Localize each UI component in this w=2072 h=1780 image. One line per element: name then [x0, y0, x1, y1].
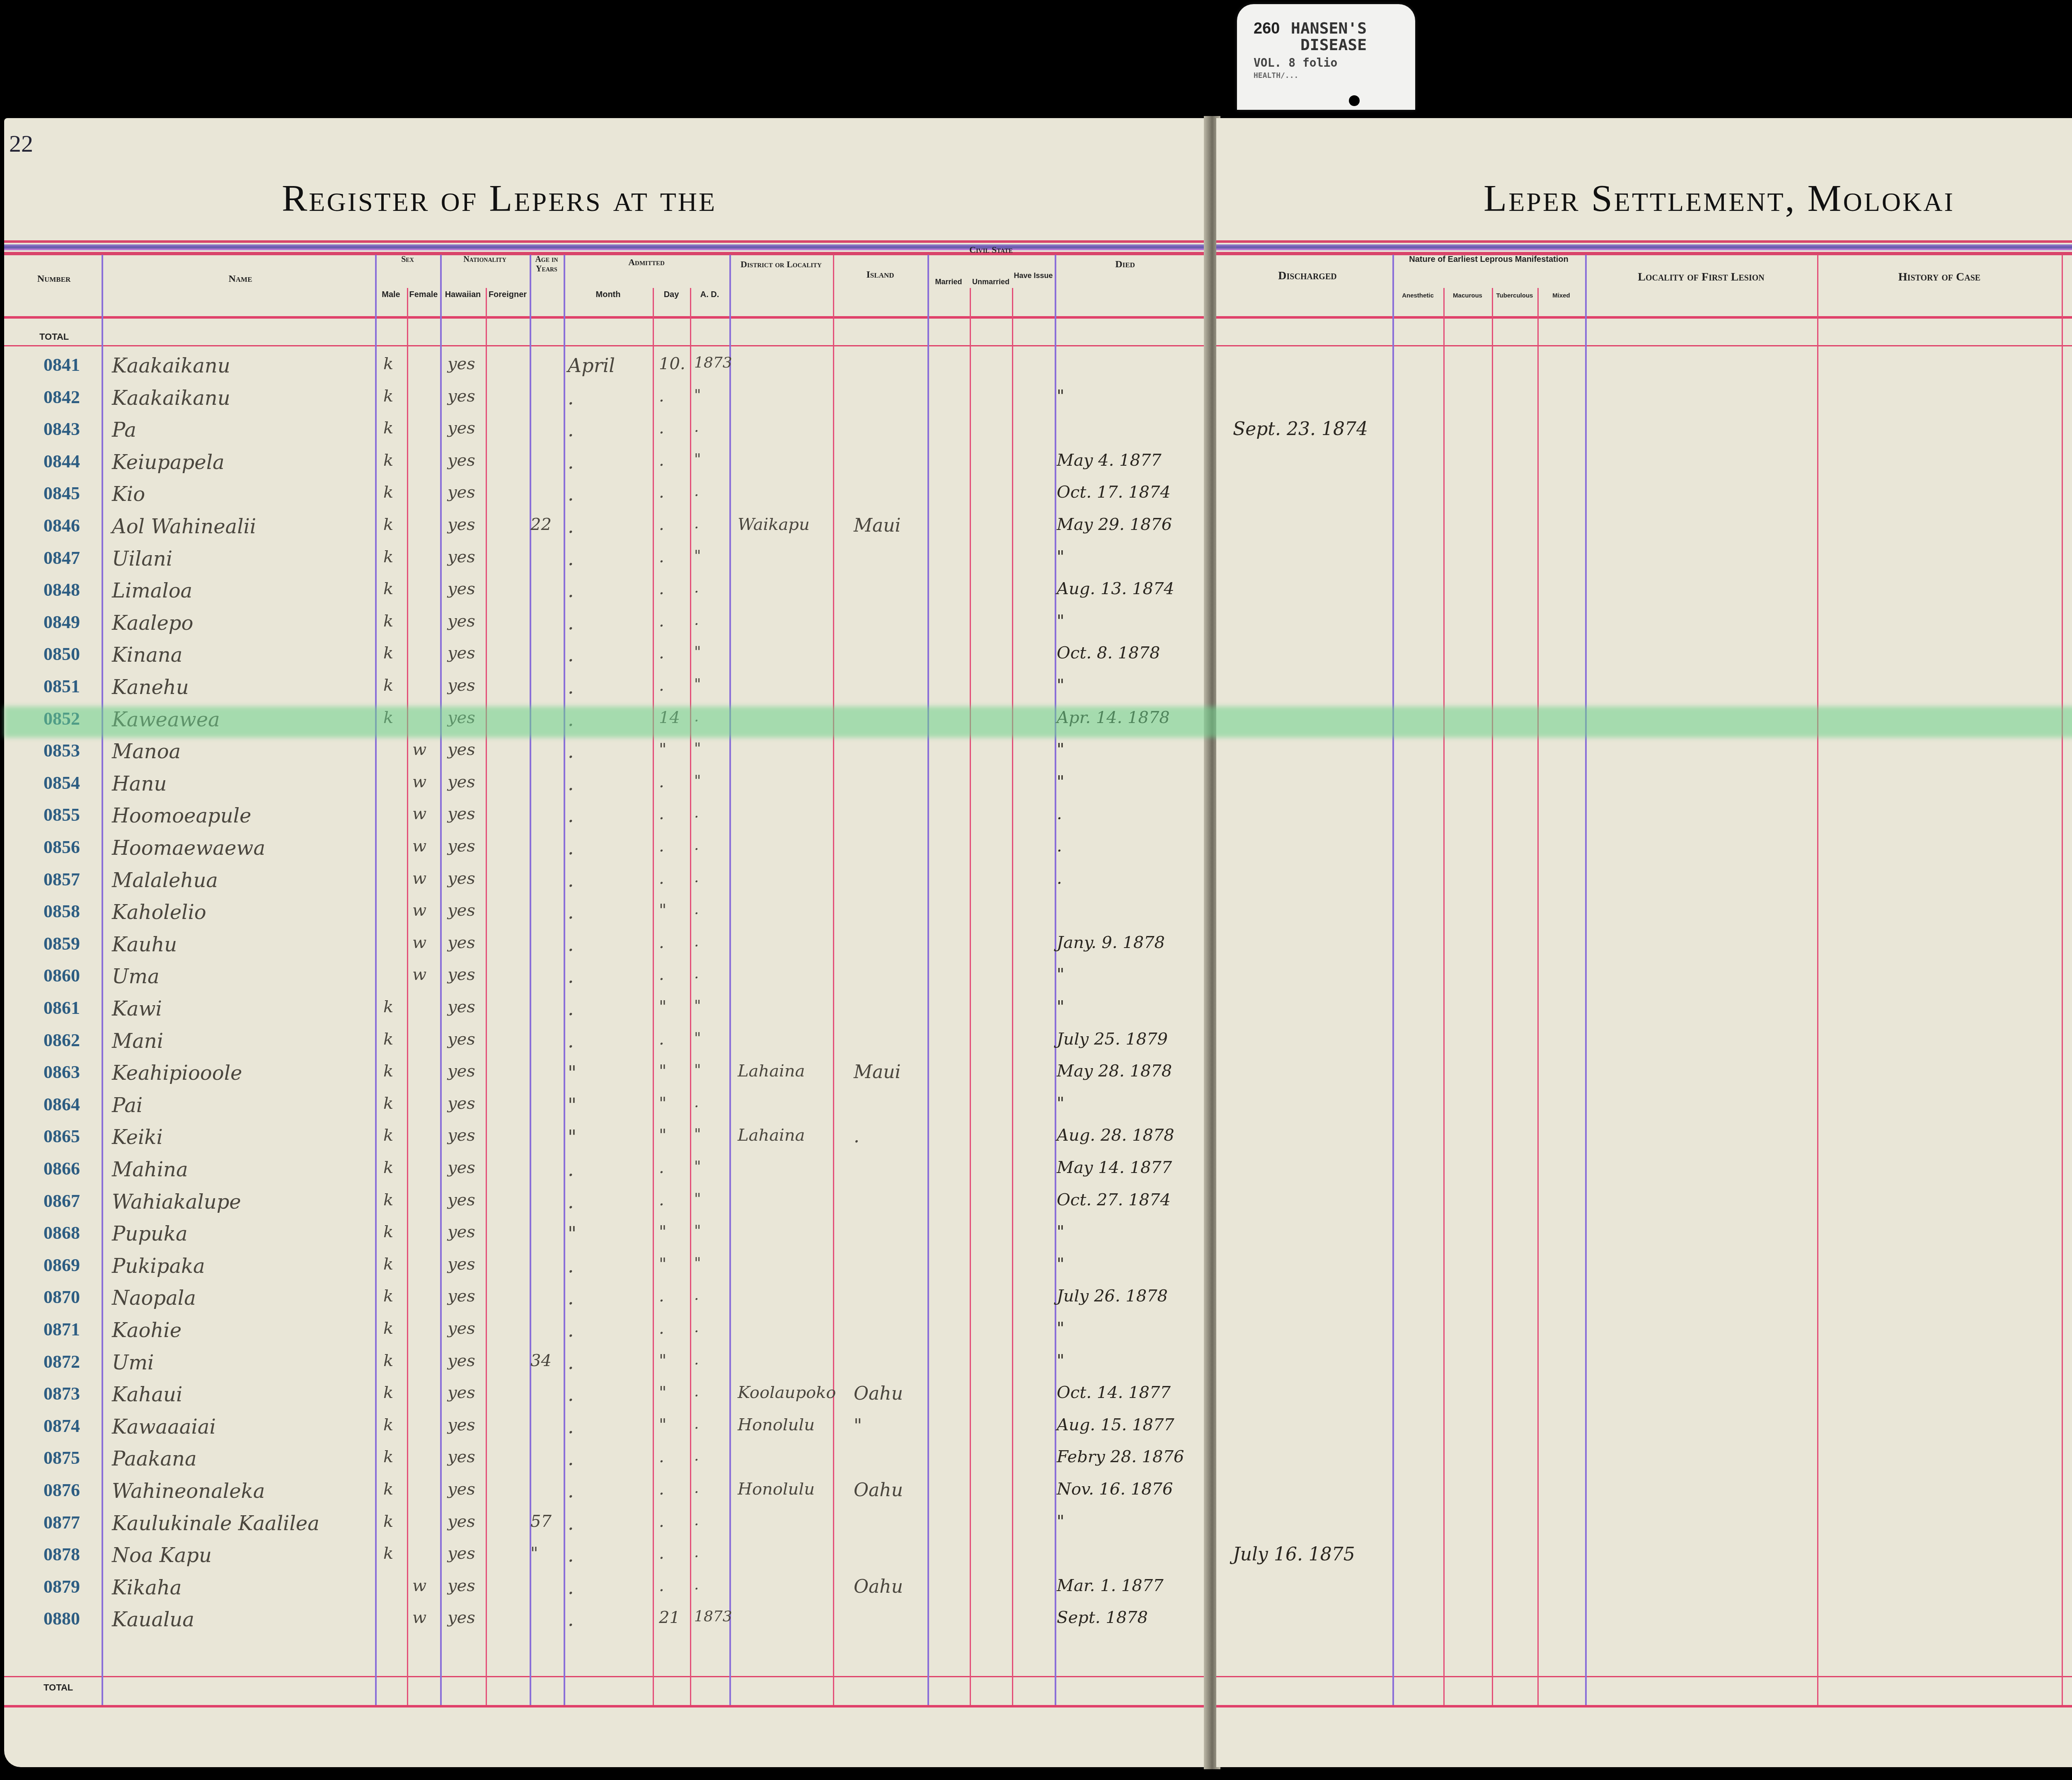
entry-admitted-day: .	[659, 547, 664, 566]
col-rule	[1443, 288, 1445, 1705]
entry-male: k	[383, 1094, 393, 1113]
col-header-unmarried: Unmarried	[970, 278, 1012, 286]
col-header-locality-lesion: Locality of First Lesion	[1585, 271, 1817, 284]
entry-admitted-month: .	[568, 1190, 574, 1213]
entry-admitted-month: .	[568, 387, 574, 409]
entry-female: w	[412, 933, 426, 952]
entry-male: k	[383, 1222, 393, 1241]
entry-admitted-month: .	[568, 579, 574, 602]
col-header-age: Age in Years	[530, 255, 564, 274]
entry-number: 0845	[44, 483, 80, 504]
col-header-nationality: Nationality	[440, 255, 530, 264]
entry-died: .	[1057, 804, 1062, 823]
entry-male: k	[383, 1480, 393, 1499]
entry-died: .	[1057, 837, 1062, 856]
entry-hawaiian: yes	[448, 1158, 475, 1177]
entry-admitted-month: April	[568, 354, 615, 377]
entry-hawaiian: yes	[448, 1576, 475, 1595]
entry-discharged: Sept. 23. 1874	[1233, 418, 1368, 440]
entry-name: Aol Wahinealii	[112, 515, 256, 538]
entry-admitted-year: .	[694, 418, 699, 435]
entry-admitted-year: .	[694, 804, 699, 821]
entry-admitted-month: .	[568, 997, 574, 1020]
entry-admitted-day: "	[659, 1126, 666, 1145]
entry-admitted-year: .	[694, 837, 699, 854]
entry-name: Limaloa	[112, 579, 192, 602]
entry-hawaiian: yes	[448, 740, 475, 759]
entry-admitted-day: .	[659, 1158, 664, 1177]
entry-admitted-year: "	[694, 643, 701, 660]
entry-number: 0847	[44, 547, 80, 568]
entry-admitted-day: .	[659, 483, 664, 502]
entry-admitted-day: 10.	[659, 354, 685, 373]
entry-hawaiian: yes	[448, 547, 475, 566]
entry-number: 0841	[44, 354, 80, 375]
entry-number: 0874	[44, 1415, 80, 1437]
entry-admitted-day: "	[659, 1255, 666, 1274]
col-header-month: Month	[564, 290, 653, 300]
entry-admitted-month: .	[568, 1512, 574, 1534]
entry-name: Kaakaikanu	[112, 354, 230, 377]
entry-admitted-month: .	[568, 772, 574, 795]
entry-name: Keiupapela	[112, 451, 225, 474]
entry-admitted-month: .	[568, 1544, 574, 1566]
bottom-total-top-rule	[1216, 1676, 2072, 1677]
entry-number: 0877	[44, 1512, 80, 1533]
col-header-day: Day	[653, 290, 690, 300]
entry-admitted-day: .	[659, 643, 664, 663]
entry-admitted-month: "	[568, 1062, 576, 1084]
entry-admitted-month: .	[568, 1351, 574, 1374]
entry-island: Maui	[854, 1062, 901, 1083]
entry-name: Pukipaka	[112, 1255, 205, 1278]
left-page-title: Register of Lepers at the	[282, 176, 716, 220]
col-rule	[375, 255, 377, 1705]
entry-hawaiian: yes	[448, 933, 475, 952]
entry-district: Lahaina	[738, 1062, 805, 1081]
entry-hawaiian: yes	[448, 1255, 475, 1274]
entry-admitted-day: .	[659, 451, 664, 470]
entry-name: Kanehu	[112, 676, 189, 699]
entry-number: 0851	[44, 676, 80, 697]
entry-admitted-year: .	[694, 1383, 699, 1400]
archive-tag-number: 260	[1254, 20, 1280, 38]
entry-district: Honolulu	[738, 1415, 815, 1434]
entry-female: w	[412, 837, 426, 856]
archive-tag-department: HEALTH/...	[1254, 71, 1298, 80]
col-header-ad: A. D.	[690, 290, 729, 300]
entry-died: May 14. 1877	[1057, 1158, 1172, 1177]
entry-admitted-year: "	[694, 1030, 701, 1047]
entry-admitted-month: "	[568, 1126, 576, 1148]
entry-admitted-year: "	[694, 676, 701, 693]
entry-admitted-day: "	[659, 1415, 666, 1434]
col-rule	[407, 288, 408, 1705]
left-page: 22 Register of Lepers at the Number Name…	[4, 118, 1210, 1767]
entry-hawaiian: yes	[448, 1190, 475, 1209]
entry-female: w	[412, 869, 426, 888]
entry-admitted-month: .	[568, 483, 574, 505]
entry-female: w	[412, 901, 426, 920]
col-header-tuberculous: Tuberculous	[1492, 292, 1537, 299]
entry-male: k	[383, 1415, 393, 1434]
entry-died: Aug. 15. 1877	[1057, 1415, 1174, 1434]
entry-name: Umi	[112, 1351, 154, 1374]
entry-died: Oct. 8. 1878	[1057, 643, 1160, 663]
entry-female: w	[412, 740, 426, 759]
entry-died: "	[1057, 1351, 1064, 1370]
entry-male: k	[383, 1190, 393, 1209]
entry-admitted-day: .	[659, 515, 664, 534]
entry-admitted-day: "	[659, 997, 666, 1016]
entry-admitted-month: "	[568, 1094, 576, 1116]
entry-admitted-day: "	[659, 1062, 666, 1081]
entry-number: 0856	[44, 837, 80, 858]
entry-name: Wahiakalupe	[112, 1190, 241, 1214]
entry-admitted-month: .	[568, 837, 574, 859]
col-rule	[653, 288, 654, 1705]
entry-admitted-day: .	[659, 1480, 664, 1499]
entry-hawaiian: yes	[448, 804, 475, 823]
archive-tag-subject: HANSEN'S DISEASE	[1291, 20, 1367, 53]
entry-name: Mahina	[112, 1158, 188, 1181]
entry-admitted-year: .	[694, 579, 699, 596]
entry-male: k	[383, 1319, 393, 1338]
entry-name: Kahaui	[112, 1383, 182, 1406]
entry-name: Noa Kapu	[112, 1544, 212, 1567]
entry-name: Uma	[112, 965, 160, 988]
entry-hawaiian: yes	[448, 1447, 475, 1466]
entry-died: Aug. 28. 1878	[1057, 1126, 1174, 1145]
entry-male: k	[383, 1287, 393, 1306]
entry-number: 0857	[44, 869, 80, 890]
entry-died: Sept. 1878	[1057, 1608, 1148, 1627]
entry-male: k	[383, 1383, 393, 1402]
entry-male: k	[383, 387, 393, 406]
entry-hawaiian: yes	[448, 1126, 475, 1145]
entry-hawaiian: yes	[448, 1608, 475, 1627]
col-rule	[2062, 255, 2063, 1705]
entry-name: Hoomaewaewa	[112, 837, 265, 860]
col-header-died: Died	[1055, 259, 1196, 270]
entry-admitted-month: .	[568, 933, 574, 955]
entry-admitted-year: "	[694, 1222, 701, 1239]
entry-number: 0878	[44, 1544, 80, 1565]
entry-died: "	[1057, 387, 1064, 406]
entry-hawaiian: yes	[448, 451, 475, 470]
entry-number: 0864	[44, 1094, 80, 1115]
header-band	[1216, 240, 2072, 255]
col-header-relations: Leprous Relations	[2062, 271, 2072, 282]
entry-male: k	[383, 1062, 393, 1081]
entry-name: Pa	[112, 418, 136, 442]
entry-admitted-year: .	[694, 1480, 699, 1497]
entry-admitted-day: 21	[659, 1608, 680, 1627]
bottom-total-top-rule	[4, 1676, 1210, 1677]
entry-admitted-year: .	[694, 1576, 699, 1593]
entry-hawaiian: yes	[448, 869, 475, 888]
entry-admitted-day: .	[659, 1544, 664, 1563]
entry-number: 0849	[44, 612, 80, 633]
entry-admitted-year: 1873	[694, 354, 732, 371]
entry-number: 0843	[44, 418, 80, 440]
entry-name: Pai	[112, 1094, 143, 1117]
entry-number: 0868	[44, 1222, 80, 1243]
entry-island: Oahu	[854, 1383, 903, 1404]
entry-admitted-year: "	[694, 1062, 701, 1079]
entry-admitted-month: .	[568, 869, 574, 891]
entry-name: Kinana	[112, 643, 182, 667]
entry-admitted-month: .	[568, 965, 574, 987]
entry-admitted-day: "	[659, 901, 666, 920]
entry-number: 0846	[44, 515, 80, 536]
col-rule	[1055, 255, 1056, 1705]
entry-died: May 29. 1876	[1057, 515, 1172, 534]
entry-number: 0869	[44, 1255, 80, 1276]
entry-hawaiian: yes	[448, 515, 475, 534]
entry-admitted-month: .	[568, 804, 574, 827]
entry-hawaiian: yes	[448, 772, 475, 791]
col-header-have-issue: Have Issue	[1012, 271, 1055, 280]
entry-died: Nov. 16. 1876	[1057, 1480, 1173, 1499]
entry-died: "	[1057, 1094, 1064, 1113]
entry-admitted-month: .	[568, 1158, 574, 1180]
entry-hawaiian: yes	[448, 579, 475, 598]
entry-name: Kawaaaiai	[112, 1415, 216, 1439]
col-header-anesthetic: Anesthetic	[1392, 292, 1443, 299]
entry-admitted-month: .	[568, 1030, 574, 1052]
entry-number: 0854	[44, 772, 80, 793]
entry-name: Keahipiooole	[112, 1062, 242, 1085]
col-header-history: History of Case	[1817, 271, 2062, 284]
col-rule	[1392, 255, 1394, 1705]
entry-female: w	[412, 804, 426, 823]
col-header-hawaiian: Hawaiian	[440, 290, 486, 300]
entry-district: Honolulu	[738, 1480, 815, 1499]
entry-admitted-year: "	[694, 547, 701, 564]
entry-number: 0866	[44, 1158, 80, 1179]
entry-male: k	[383, 997, 393, 1016]
entry-died: .	[1057, 869, 1062, 888]
entry-male: k	[383, 1447, 393, 1466]
entry-died: Oct. 27. 1874	[1057, 1190, 1171, 1209]
right-page: 22 Leper Settlement, Molokai Discharged …	[1216, 118, 2072, 1767]
entry-admitted-year: .	[694, 483, 699, 500]
entry-admitted-day: .	[659, 772, 664, 791]
entry-name: Kikaha	[112, 1576, 182, 1599]
col-header-discharged: Discharged	[1233, 269, 1382, 283]
col-rule	[1817, 255, 1818, 1705]
entry-admitted-month: .	[568, 1383, 574, 1405]
entry-hawaiian: yes	[448, 1415, 475, 1434]
entry-hawaiian: yes	[448, 965, 475, 984]
entry-admitted-year: "	[694, 1190, 701, 1207]
entry-discharged: July 16. 1875	[1233, 1544, 1355, 1565]
entry-admitted-year: .	[694, 1512, 699, 1529]
entry-hawaiian: yes	[448, 1480, 475, 1499]
entry-number: 0861	[44, 997, 80, 1018]
entry-island: .	[854, 1126, 859, 1147]
entry-hawaiian: yes	[448, 387, 475, 406]
entry-hawaiian: yes	[448, 1062, 475, 1081]
entry-number: 0872	[44, 1351, 80, 1372]
entry-admitted-month: .	[568, 1415, 574, 1438]
entry-admitted-day: .	[659, 418, 664, 438]
right-page-title: Leper Settlement, Molokai	[1484, 176, 1955, 220]
entry-number: 0853	[44, 740, 80, 761]
entry-admitted-year: "	[694, 387, 701, 404]
entry-hawaiian: yes	[448, 1383, 475, 1402]
entry-died: Oct. 17. 1874	[1057, 483, 1171, 502]
entry-admitted-month: .	[568, 901, 574, 923]
entry-admitted-year: "	[694, 1158, 701, 1175]
entry-admitted-year: "	[694, 1126, 701, 1143]
entry-male: k	[383, 547, 393, 566]
entry-name: Kaalepo	[112, 612, 193, 635]
entry-admitted-day: .	[659, 612, 664, 631]
entry-name: Kaholelio	[112, 901, 206, 924]
entry-admitted-month: .	[568, 1287, 574, 1309]
entry-admitted-day: .	[659, 933, 664, 952]
col-header-female: Female	[407, 290, 440, 300]
entry-hawaiian: yes	[448, 1094, 475, 1113]
col-rule	[1012, 288, 1013, 1705]
entry-admitted-year: .	[694, 1544, 699, 1561]
entry-male: k	[383, 579, 393, 598]
entry-female: w	[412, 772, 426, 791]
entry-admitted-month: .	[568, 1255, 574, 1277]
entry-admitted-month: .	[568, 451, 574, 473]
entry-admitted-year: "	[694, 451, 701, 468]
entry-hawaiian: yes	[448, 1287, 475, 1306]
entry-hawaiian: yes	[448, 1222, 475, 1241]
entry-hawaiian: yes	[448, 418, 475, 438]
archive-tag-volume: VOL. 8 folio	[1254, 56, 1337, 70]
entry-number: 0860	[44, 965, 80, 986]
entry-number: 0859	[44, 933, 80, 954]
entry-age: "	[530, 1544, 538, 1563]
entry-died: "	[1057, 612, 1064, 631]
entry-hawaiian: yes	[448, 1319, 475, 1338]
entry-name: Kawi	[112, 997, 162, 1021]
entry-admitted-day: .	[659, 1287, 664, 1306]
punch-hole	[1349, 95, 1360, 106]
entry-name: Kauhu	[112, 933, 177, 956]
entry-admitted-year: .	[694, 1094, 699, 1111]
entry-admitted-month: .	[568, 1480, 574, 1502]
entry-admitted-year: .	[694, 965, 699, 982]
entry-admitted-year: .	[694, 1351, 699, 1368]
entry-age: 22	[530, 515, 552, 534]
col-header-nature: Nature of Earliest Leprous Manifestation	[1394, 255, 1583, 264]
entry-admitted-day: "	[659, 1351, 666, 1370]
entry-admitted-year: .	[694, 612, 699, 629]
entry-district: Koolaupoko	[738, 1383, 836, 1402]
entry-hawaiian: yes	[448, 997, 475, 1016]
entry-hawaiian: yes	[448, 612, 475, 631]
col-header-civil-state: Civil State	[927, 244, 1055, 255]
entry-name: Uilani	[112, 547, 172, 571]
entry-admitted-day: .	[659, 387, 664, 406]
entry-number: 0876	[44, 1480, 80, 1501]
entry-number: 0848	[44, 579, 80, 600]
entry-male: k	[383, 1255, 393, 1274]
entry-island: Oahu	[854, 1480, 903, 1501]
entry-island: "	[854, 1415, 862, 1437]
entry-admitted-day: .	[659, 1319, 664, 1338]
entry-admitted-day: .	[659, 1030, 664, 1049]
total-rule	[1216, 345, 2072, 346]
entry-number: 0862	[44, 1030, 80, 1051]
entry-died: "	[1057, 965, 1064, 984]
entry-number: 0880	[44, 1608, 80, 1629]
entry-male: k	[383, 1126, 393, 1145]
entry-name: Pupuka	[112, 1222, 188, 1246]
col-rule	[970, 288, 971, 1705]
total-rule	[4, 345, 1210, 346]
header-bottom-rule	[1216, 316, 2072, 319]
entry-number: 0863	[44, 1062, 80, 1083]
entry-number: 0871	[44, 1319, 80, 1340]
total-label-top: TOTAL	[39, 331, 69, 342]
entry-admitted-month: .	[568, 1319, 574, 1341]
entry-male: k	[383, 1030, 393, 1049]
entry-hawaiian: yes	[448, 676, 475, 695]
row-highlight-0852	[4, 706, 2072, 738]
entry-name: Kaohie	[112, 1319, 182, 1342]
entry-admitted-year: .	[694, 901, 699, 918]
col-rule	[1537, 288, 1539, 1705]
entry-hawaiian: yes	[448, 483, 475, 502]
col-rule	[927, 255, 929, 1705]
total-label-bottom: TOTAL	[44, 1682, 73, 1693]
entry-died: "	[1057, 772, 1064, 791]
entry-died: "	[1057, 1319, 1064, 1338]
entry-name: Paakana	[112, 1447, 197, 1470]
entry-name: Hanu	[112, 772, 167, 796]
entry-female: w	[412, 1608, 426, 1627]
entry-island: Maui	[854, 515, 901, 536]
entry-died: "	[1057, 997, 1064, 1016]
entry-male: k	[383, 676, 393, 695]
left-page-number: 22	[9, 130, 33, 157]
entry-died: "	[1057, 547, 1064, 566]
entry-admitted-month: "	[568, 1222, 576, 1245]
entry-male: k	[383, 643, 393, 663]
entry-hawaiian: yes	[448, 354, 475, 373]
col-rule	[833, 255, 834, 1705]
entry-male: k	[383, 354, 393, 373]
entry-district: Lahaina	[738, 1126, 805, 1145]
entry-admitted-day: "	[659, 1094, 666, 1113]
entry-number: 0844	[44, 451, 80, 472]
entry-male: k	[383, 1351, 393, 1370]
entry-admitted-month: .	[568, 676, 574, 698]
entry-admitted-year: "	[694, 1255, 701, 1272]
entry-name: Kaakaikanu	[112, 387, 230, 410]
entry-admitted-month: .	[568, 612, 574, 634]
entry-admitted-day: .	[659, 837, 664, 856]
entry-hawaiian: yes	[448, 1030, 475, 1049]
entry-died: "	[1057, 740, 1064, 759]
col-header-macurous: Macurous	[1443, 292, 1492, 299]
entry-admitted-year: .	[694, 1319, 699, 1336]
entry-died: "	[1057, 1512, 1064, 1531]
entry-admitted-month: .	[568, 1608, 574, 1630]
col-header-district: District or Locality	[733, 259, 829, 270]
entry-admitted-year: "	[694, 997, 701, 1014]
entry-admitted-day: .	[659, 1447, 664, 1466]
